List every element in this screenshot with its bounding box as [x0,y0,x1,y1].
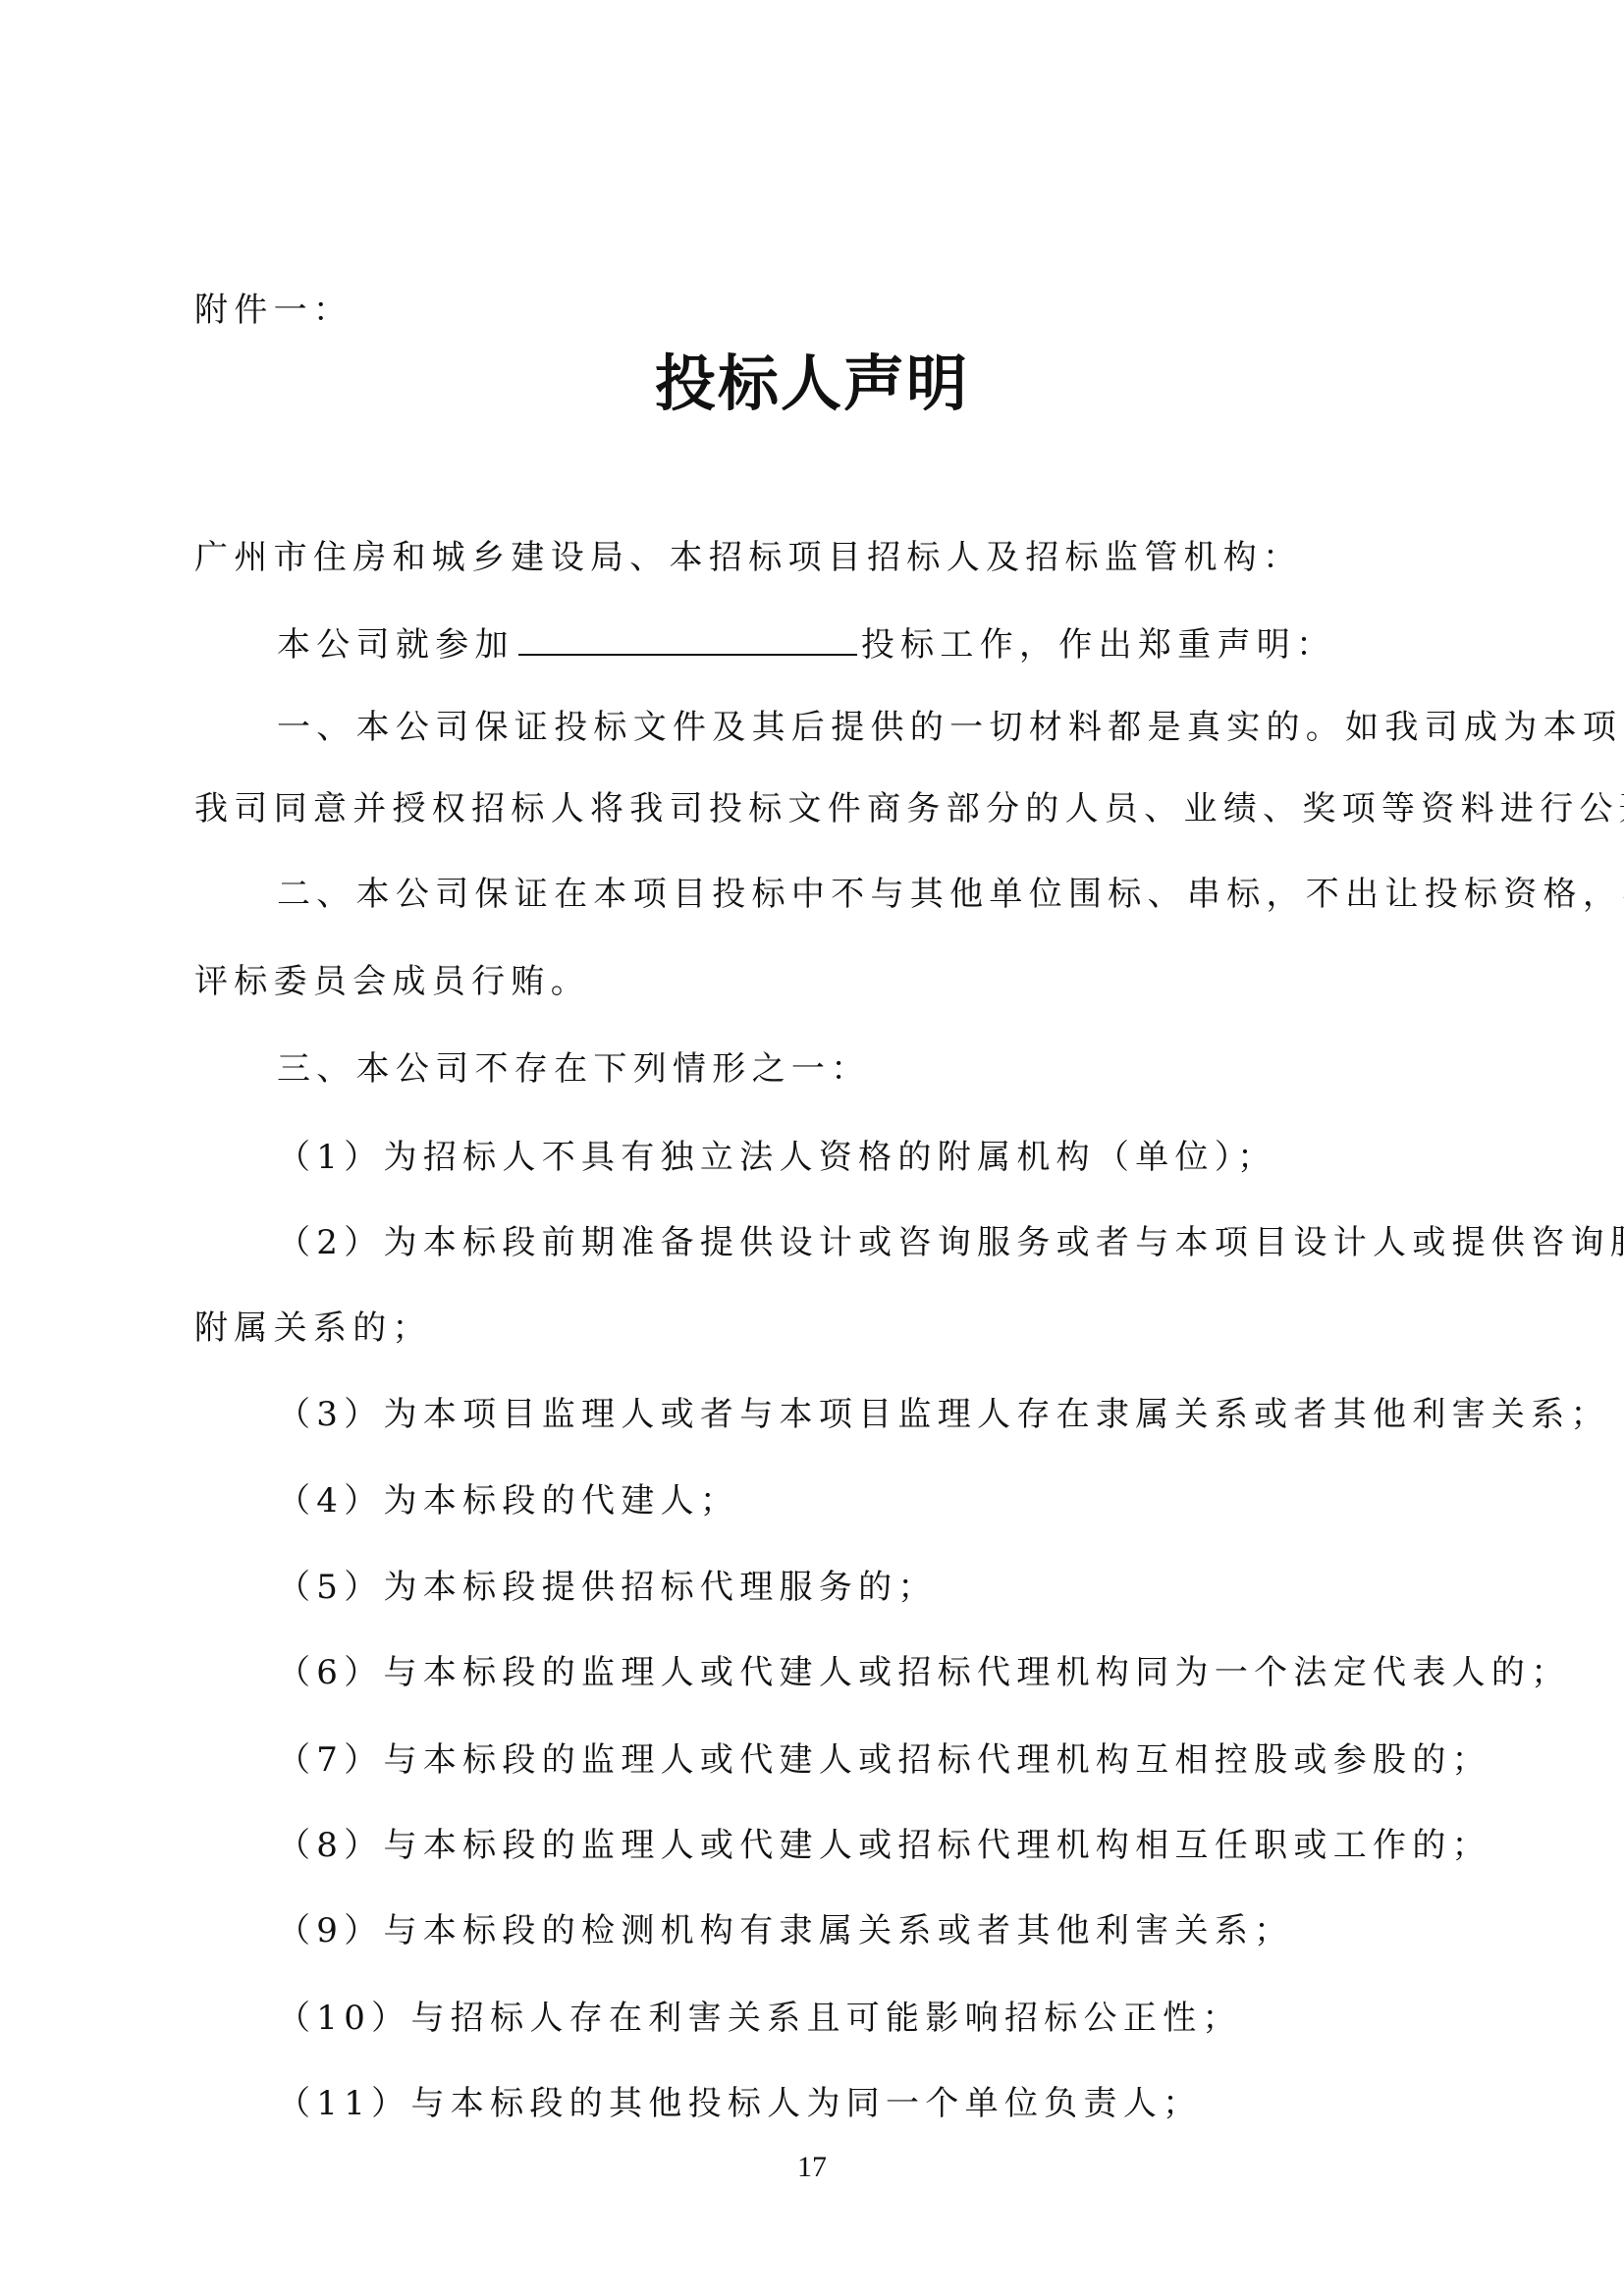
condition-2-line1: （2）为本标段前期准备提供设计或咨询服务或者与本项目设计人或提供咨询服务的机构存… [277,1221,1624,1264]
condition-1: （1）为招标人不具有独立法人资格的附属机构（单位）； [277,1136,1276,1179]
intro-before-blank: 本公司就参加 [277,625,514,665]
condition-9: （9）与本标段的检测机构有隶属关系或者其他利害关系； [277,1909,1293,1952]
page-number: 17 [0,2148,1624,2187]
condition-7: （7）与本标段的监理人或代建人或招标代理机构互相控股或参股的； [277,1738,1491,1782]
condition-5: （5）为本标段提供招标代理服务的； [277,1566,938,1609]
page-title: 投标人声明 [0,348,1624,419]
condition-8: （8）与本标段的监理人或代建人或招标代理机构相互任职或工作的； [277,1824,1491,1867]
intro-statement: 本公司就参加投标工作，作出郑重声明： [277,623,1335,667]
document-page: 附件一： 投标人声明 广州市住房和城乡建设局、本招标项目招标人及招标监管机构： … [0,0,1624,2296]
attachment-label: 附件一： [194,289,352,332]
addressee: 广州市住房和城乡建设局、本招标项目招标人及招标监管机构： [194,536,1302,579]
intro-after-blank: 投标工作，作出郑重声明： [861,625,1336,665]
clause-two-line1: 二、本公司保证在本项目投标中不与其他单位围标、串标，不出让投标资格，不向招标人或 [277,873,1624,916]
condition-11: （11）与本标段的其他投标人为同一个单位负责人； [277,2082,1202,2125]
condition-3: （3）为本项目监理人或者与本项目监理人存在隶属关系或者其他利害关系； [277,1393,1610,1436]
clause-one-line2: 我司同意并授权招标人将我司投标文件商务部分的人员、业绩、奖项等资料进行公开。 [194,787,1624,830]
condition-4: （4）为本标段的代建人； [277,1479,739,1522]
clause-one-line1: 一、本公司保证投标文件及其后提供的一切材料都是真实的。如我司成为本项目中标候选人… [277,706,1624,749]
condition-6: （6）与本标段的监理人或代建人或招标代理机构同为一个法定代表人的； [277,1651,1571,1694]
condition-2-line2: 附属关系的； [194,1307,432,1350]
project-name-blank[interactable] [518,624,857,656]
clause-three: 三、本公司不存在下列情形之一： [277,1047,871,1091]
clause-two-line2: 评标委员会成员行贿。 [194,960,590,1003]
condition-10: （10）与招标人存在利害关系且可能影响招标公正性； [277,1997,1242,2040]
